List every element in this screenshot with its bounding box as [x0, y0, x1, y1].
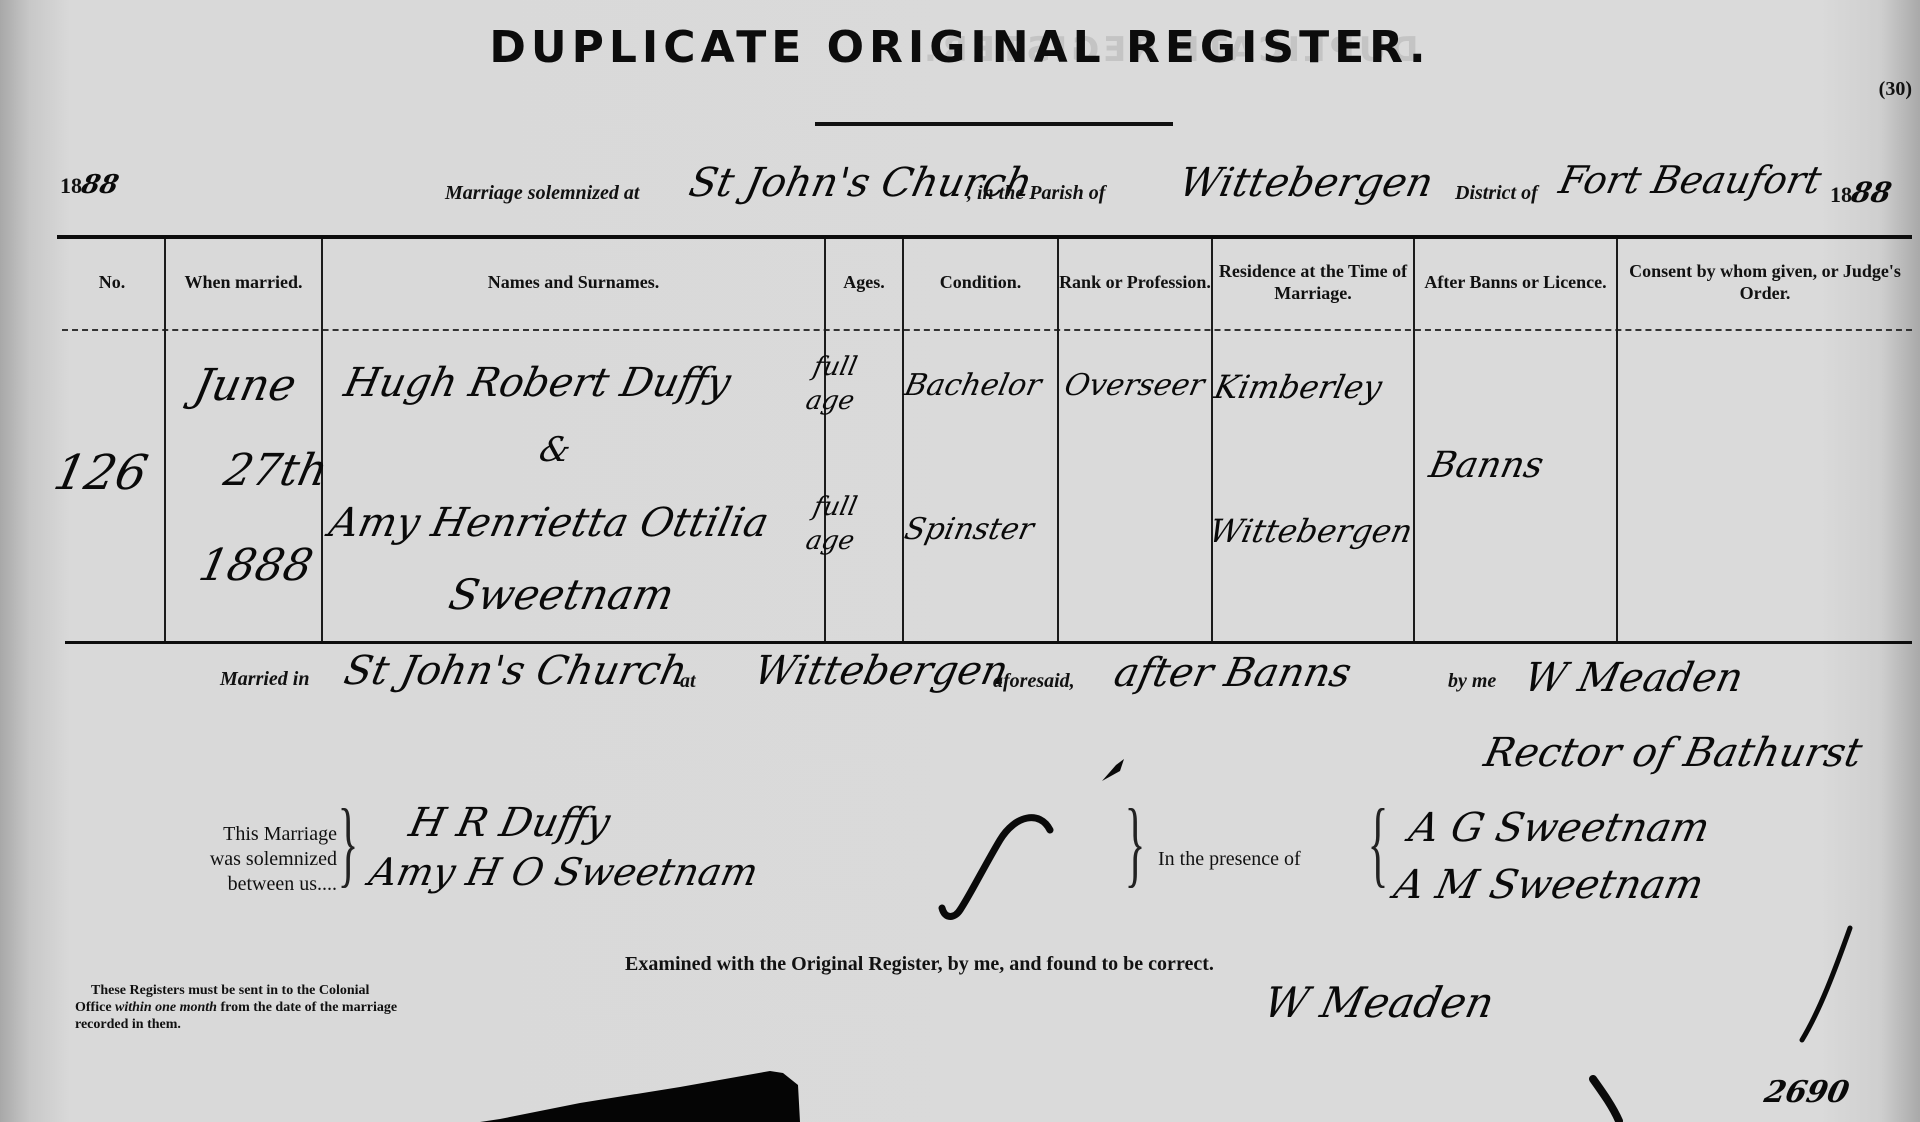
groom-condition: Bachelor: [901, 368, 1044, 403]
solemnized-line-2: was solemnized: [172, 847, 337, 872]
groom-signature: H R Duffy: [405, 800, 614, 846]
officiant-signature: W Meaden: [1520, 655, 1747, 701]
at-label: at: [680, 670, 696, 693]
left-brace: }: [1125, 795, 1146, 891]
col-header-consent: Consent by whom given, or Judge's Order.: [1618, 252, 1912, 312]
ink-mark-icon: [1100, 755, 1130, 785]
groom-residence: Kimberley: [1211, 368, 1386, 406]
notice-line-1: These Registers must be sent in to the C…: [75, 982, 475, 999]
page-title: DUPLICATE ORIGINAL REGISTER.: [0, 22, 1920, 73]
and-mark: &: [536, 430, 575, 470]
solemnized-line-1: This Marriage: [172, 822, 337, 847]
bride-signature: Amy H O Sweetnam: [365, 850, 762, 894]
entry-day: 27th: [220, 445, 333, 496]
parish-label: , in the Parish of: [967, 182, 1105, 205]
col-header-when: When married.: [166, 252, 321, 312]
banns-or-licence: Banns: [1426, 445, 1547, 486]
year-left-written: 88: [79, 170, 122, 200]
year-left-printed: 18: [60, 173, 82, 198]
groom-age: full age: [803, 350, 907, 418]
title-underline: [815, 122, 1173, 126]
tick-mark-icon: [1780, 920, 1860, 1050]
year-right-written: 88: [1848, 176, 1894, 209]
col-header-ages: Ages.: [826, 252, 902, 312]
year-left: 1888: [60, 170, 118, 200]
submission-notice: These Registers must be sent in to the C…: [75, 982, 475, 1033]
bride-name-line1: Amy Henrietta Ottilia: [325, 500, 773, 546]
officiant-title: Rector of Bathurst: [1480, 730, 1866, 776]
parish-name: Wittebergen: [1175, 160, 1437, 206]
presence-label: In the presence of: [1158, 848, 1301, 871]
solemnized-between-label: This Marriage was solemnized between us.…: [172, 822, 337, 897]
solemnized-label: Marriage solemnized at: [445, 182, 639, 205]
district-label: District of: [1455, 182, 1538, 205]
married-in-label: Married in: [220, 668, 309, 691]
col-header-no: No.: [60, 252, 164, 312]
examined-text: Examined with the Original Register, by …: [625, 953, 1214, 976]
aforesaid-label: aforesaid,: [993, 670, 1075, 693]
table-bottom-rule: [65, 641, 1912, 644]
examiner-signature: W Meaden: [1260, 978, 1499, 1027]
bride-name-line2: Sweetnam: [445, 570, 679, 619]
witness-1-signature: A G Sweetnam: [1405, 805, 1714, 851]
at-value: Wittebergen: [750, 648, 1012, 694]
stamp-number: 2690: [1761, 1075, 1852, 1110]
notice-within-one-month: within one month: [115, 1000, 217, 1015]
entry-month: June: [190, 360, 301, 411]
col-header-names: Names and Surnames.: [323, 252, 824, 312]
checkmark-icon: [900, 800, 1070, 930]
entry-year: 1888: [195, 540, 318, 591]
groom-rank: Overseer: [1061, 368, 1207, 403]
district-name: Fort Beaufort: [1555, 158, 1825, 202]
notice-line-2: Office within one month from the date of…: [75, 999, 475, 1016]
witness-2-signature: A M Sweetnam: [1390, 862, 1708, 908]
dark-tab-shape: [480, 1065, 800, 1122]
notice-from-date: from the date of the marriage: [220, 1000, 397, 1015]
col-header-rank: Rank or Profession.: [1059, 252, 1211, 312]
table-top-rule: [57, 235, 1912, 239]
year-right: 1888: [1830, 176, 1891, 209]
bride-age: full age: [803, 490, 907, 558]
bride-residence: Wittebergen: [1206, 512, 1416, 550]
bride-condition: Spinster: [901, 512, 1037, 547]
header-divider: [62, 329, 1912, 331]
after-value: after Banns: [1110, 650, 1355, 696]
col-header-banns: After Banns or Licence.: [1415, 252, 1616, 312]
notice-line-3: recorded in them.: [75, 1016, 475, 1033]
pen-stroke-icon: [1585, 1075, 1635, 1122]
entry-number: 126: [49, 445, 153, 501]
col-header-condition: Condition.: [904, 252, 1057, 312]
right-brace: }: [338, 795, 359, 891]
by-me-label: by me: [1448, 670, 1496, 693]
married-in-value: St John's Church: [340, 648, 691, 694]
col-header-residence: Residence at the Time of Marriage.: [1213, 252, 1413, 312]
notice-office: Office: [75, 1000, 112, 1015]
solemnized-line-3: between us....: [172, 872, 337, 897]
groom-name: Hugh Robert Duffy: [340, 360, 735, 406]
witness-brace: {: [1368, 795, 1389, 891]
page-number: (30): [1879, 78, 1912, 101]
